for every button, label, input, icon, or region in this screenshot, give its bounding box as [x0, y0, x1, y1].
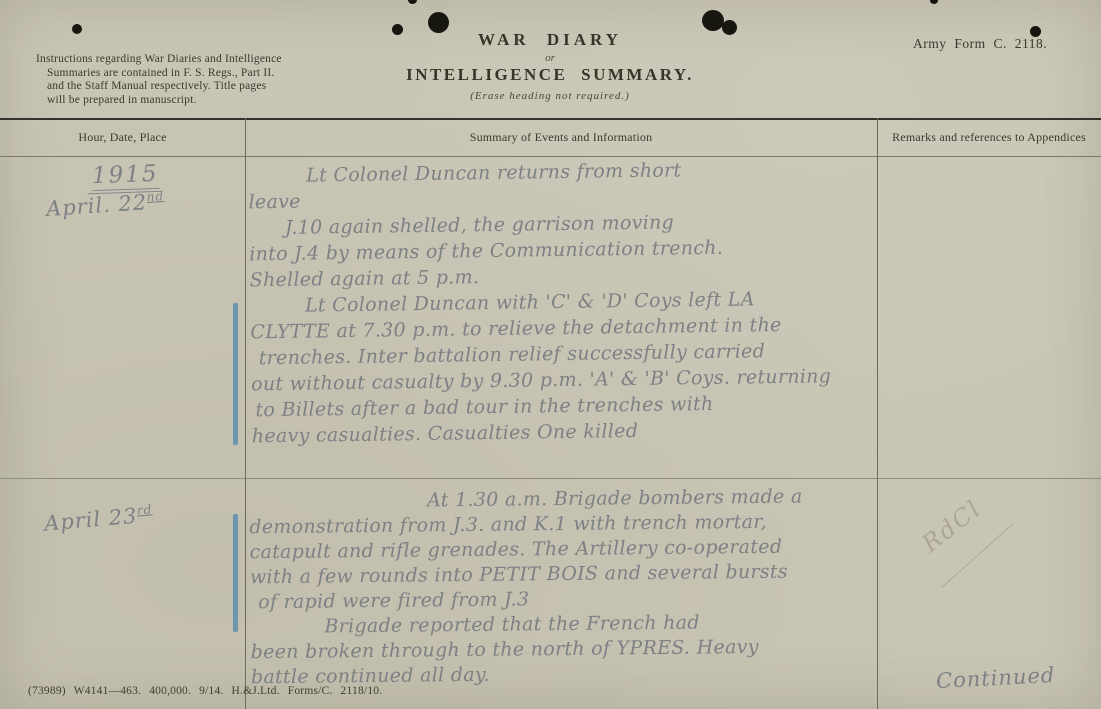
- instructions-line: will be prepared in manuscript.: [47, 94, 381, 108]
- column-header-remarks: Remarks and references to Appendices: [877, 130, 1101, 145]
- entry-date: April 23rd: [43, 502, 154, 535]
- form-title-note: (Erase heading not required.): [350, 90, 750, 102]
- column-header-hour-date-place: Hour, Date, Place: [0, 130, 245, 145]
- ink-dot: [72, 24, 82, 34]
- entry-date: April. 22nd: [45, 189, 165, 221]
- form-subtitle: INTELLIGENCE SUMMARY.: [350, 65, 750, 85]
- diary-entry-april-22: Lt Colonel Duncan returns from short lea…: [248, 155, 877, 450]
- diary-entry-april-23: At 1.30 a.m. Brigade bombers made a demo…: [249, 484, 876, 691]
- column-header-summary: Summary of Events and Information: [245, 130, 877, 145]
- instructions-line: Summaries are contained in F. S. Regs., …: [47, 67, 381, 81]
- blue-margin-mark: [233, 514, 238, 632]
- table-header-rule: [0, 156, 1101, 157]
- entry-date-text: April 23: [43, 504, 138, 536]
- entry-date-suffix: nd: [146, 189, 164, 204]
- army-form-number: Army Form C. 2118.: [913, 36, 1047, 52]
- column-divider: [245, 118, 246, 709]
- entry-year: 1915: [92, 161, 159, 191]
- form-title-or: or: [350, 52, 750, 64]
- table-top-rule: [0, 118, 1101, 120]
- war-diary-scanned-page: Instructions regarding War Diaries and I…: [0, 0, 1101, 709]
- form-instructions: Instructions regarding War Diaries and I…: [36, 53, 381, 107]
- instructions-line: and the Staff Manual respectively. Title…: [47, 80, 381, 94]
- ink-dot: [408, 0, 417, 4]
- blue-margin-mark: [233, 303, 238, 445]
- entry-date-text: April. 22: [45, 190, 148, 221]
- entry-divider-rule: [0, 478, 1101, 479]
- column-divider: [877, 118, 878, 709]
- form-title-block: WAR DIARY or INTELLIGENCE SUMMARY. (Eras…: [350, 30, 750, 102]
- form-title: WAR DIARY: [350, 30, 750, 50]
- pencil-initials: RdCl: [917, 494, 987, 558]
- entry-date-suffix: rd: [136, 502, 153, 517]
- continued-note: Continued: [935, 663, 1055, 693]
- printer-imprint: (73989) W4141—463. 400,000. 9/14. H.&J.L…: [28, 685, 382, 697]
- ink-dot: [930, 0, 938, 4]
- ink-dot: [702, 10, 724, 31]
- instructions-line: Instructions regarding War Diaries and I…: [36, 53, 381, 67]
